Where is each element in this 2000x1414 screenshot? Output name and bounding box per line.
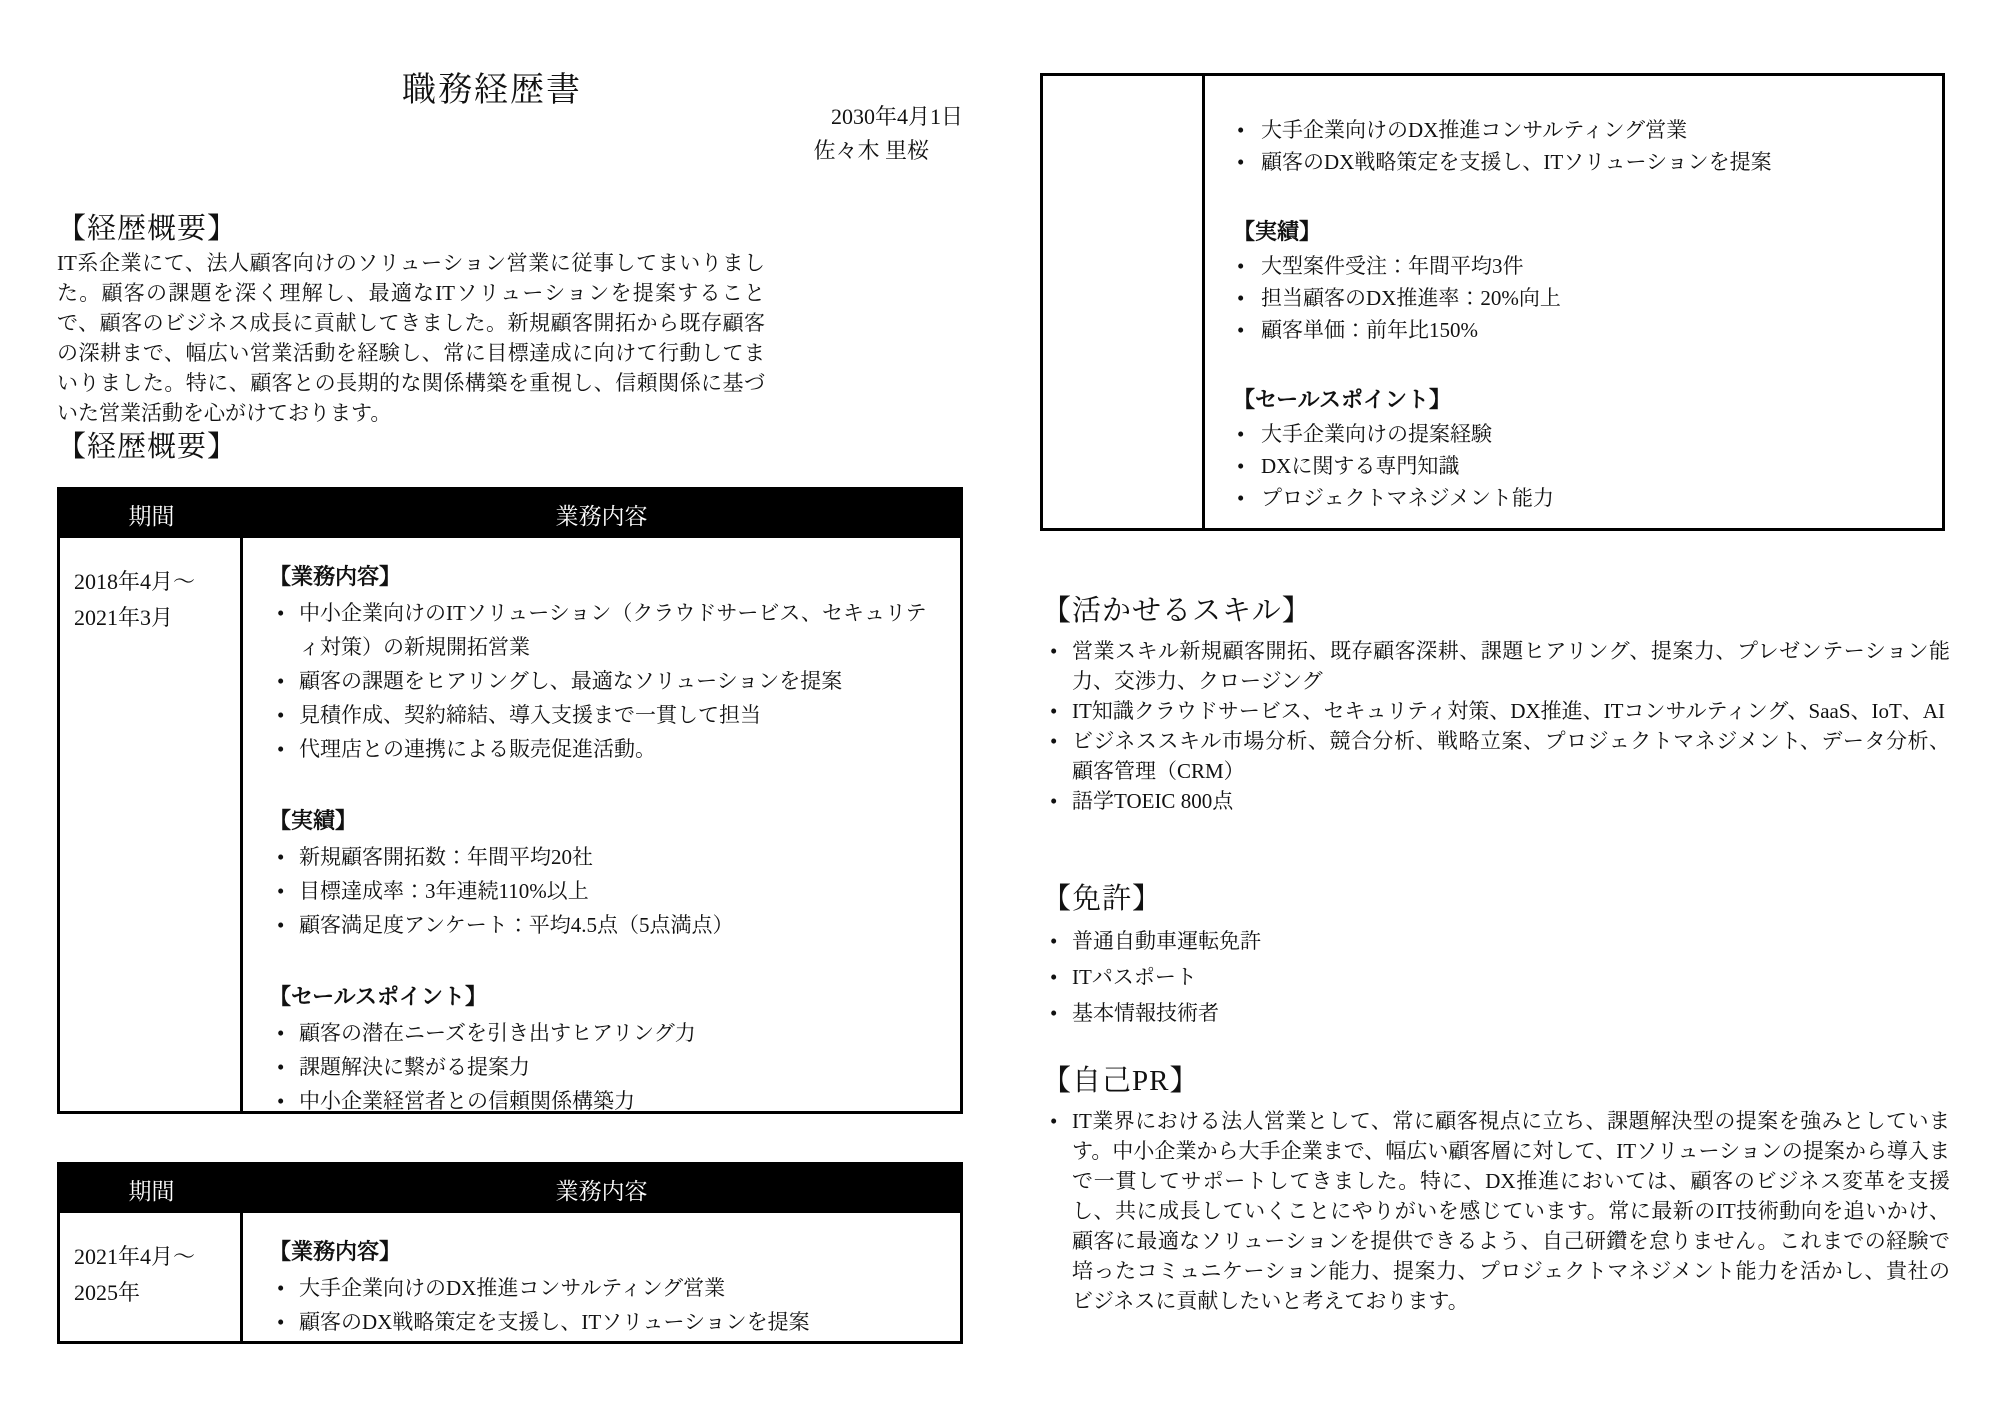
list-item: 大手企業向けの提案経験: [1233, 418, 1914, 450]
list-item: 顧客満足度アンケート：平均4.5点（5点満点）: [269, 908, 936, 942]
list-item: 新規顧客開拓数：年間平均20社: [269, 840, 936, 874]
list-item: 中小企業経営者との信頼関係構築力: [269, 1084, 936, 1111]
history-heading: 【経歴概要】: [57, 424, 237, 465]
period-end: 2021年3月: [74, 600, 232, 636]
cell-section-title: 【セールスポイント】: [269, 980, 936, 1014]
list-item: 普通自動車運転免許: [1042, 926, 1950, 956]
duties-list: 大手企業向けのDX推進コンサルティング営業 顧客のDX戦略策定を支援し、ITソリ…: [1233, 114, 1914, 178]
period-end: 2025年: [74, 1275, 232, 1311]
period-column-header: 期間: [60, 1173, 243, 1206]
content-cell: 【業務内容】 大手企業向けのDX推進コンサルティング営業 顧客のDX戦略策定を支…: [243, 1213, 960, 1341]
document-meta: 2030年4月1日 佐々木 里桜: [500, 100, 963, 168]
list-item: プロジェクトマネジメント能力: [1233, 482, 1914, 514]
period-cell: 2021年4月〜 2025年: [60, 1213, 243, 1341]
list-item: 中小企業向けのITソリューション（クラウドサービス、セキュリティ対策）の新規開拓…: [269, 596, 936, 664]
cell-section-title: 【実績】: [1233, 216, 1914, 248]
list-item: DXに関する専門知識: [1233, 450, 1914, 482]
list-item: 見積作成、契約締結、導入支援まで一貫して担当: [269, 698, 936, 732]
work-history-continuation-table: 大手企業向けのDX推進コンサルティング営業 顧客のDX戦略策定を支援し、ITソリ…: [1040, 73, 1945, 531]
sales-points-list: 大手企業向けの提案経験 DXに関する専門知識 プロジェクトマネジメント能力: [1233, 418, 1914, 514]
list-item: 課題解決に繋がる提案力: [269, 1050, 936, 1084]
pr-heading: 【自己PR】: [1042, 1058, 1199, 1099]
content-column-header: 業務内容: [243, 498, 960, 531]
licenses-list: 普通自動車運転免許 ITパスポート 基本情報技術者: [1042, 926, 1950, 1034]
licenses-heading: 【免許】: [1042, 876, 1162, 917]
content-column-header: 業務内容: [243, 1173, 960, 1206]
cell-section-title: 【実績】: [269, 804, 936, 838]
list-item: 目標達成率：3年連続110%以上: [269, 874, 936, 908]
period-column-header: 期間: [60, 498, 243, 531]
cell-section-title: 【業務内容】: [269, 1235, 936, 1269]
list-item: IT知識クラウドサービス、セキュリティ対策、DX推進、ITコンサルティング、Sa…: [1042, 696, 1950, 726]
list-item: 営業スキル新規顧客開拓、既存顧客深耕、課題ヒアリング、提案力、プレゼンテーション…: [1042, 636, 1950, 696]
list-item: 語学TOEIC 800点: [1042, 786, 1950, 816]
period-cell: 2018年4月〜 2021年3月: [60, 538, 243, 1111]
duties-list: 中小企業向けのITソリューション（クラウドサービス、セキュリティ対策）の新規開拓…: [269, 596, 936, 766]
achievements-list: 新規顧客開拓数：年間平均20社 目標達成率：3年連続110%以上 顧客満足度アン…: [269, 840, 936, 942]
list-item: 大型案件受注：年間平均3件: [1233, 250, 1914, 282]
skills-heading: 【活かせるスキル】: [1042, 588, 1312, 629]
cell-section-title: 【業務内容】: [269, 560, 936, 594]
table-header-row: 期間 業務内容: [60, 490, 960, 538]
pr-list: IT業界における法人営業として、常に顧客視点に立ち、課題解決型の提案を強みとして…: [1042, 1106, 1950, 1316]
work-history-table-2: 期間 業務内容 2021年4月〜 2025年 【業務内容】 大手企業向けのDX推…: [57, 1162, 963, 1344]
period-start: 2021年4月〜: [74, 1239, 232, 1275]
work-history-table-1: 期間 業務内容 2018年4月〜 2021年3月 【業務内容】 中小企業向けのI…: [57, 487, 963, 1114]
list-item: 顧客のDX戦略策定を支援し、ITソリューションを提案: [269, 1305, 936, 1339]
sales-points-list: 顧客の潜在ニーズを引き出すヒアリング力 課題解決に繋がる提案力 中小企業経営者と…: [269, 1016, 936, 1111]
list-item: ITパスポート: [1042, 962, 1950, 992]
list-item: 顧客の潜在ニーズを引き出すヒアリング力: [269, 1016, 936, 1050]
list-item: 顧客単価：前年比150%: [1233, 314, 1914, 346]
table-row: 2021年4月〜 2025年 【業務内容】 大手企業向けのDX推進コンサルティン…: [60, 1213, 960, 1341]
list-item: 代理店との連携による販売促進活動。: [269, 732, 936, 766]
list-item: 顧客の課題をヒアリングし、最適なソリューションを提案: [269, 664, 936, 698]
skills-list: 営業スキル新規顧客開拓、既存顧客深耕、課題ヒアリング、提案力、プレゼンテーション…: [1042, 636, 1950, 816]
summary-heading: 【経歴概要】: [57, 206, 237, 247]
table-row: 2018年4月〜 2021年3月 【業務内容】 中小企業向けのITソリューション…: [60, 538, 960, 1111]
achievements-list: 大型案件受注：年間平均3件 担当顧客のDX推進率：20%向上 顧客単価：前年比1…: [1233, 250, 1914, 346]
period-start: 2018年4月〜: [74, 564, 232, 600]
list-item: 顧客のDX戦略策定を支援し、ITソリューションを提案: [1233, 146, 1914, 178]
table-header-row: 期間 業務内容: [60, 1165, 960, 1213]
document-date: 2030年4月1日: [500, 100, 963, 134]
list-item: 担当顧客のDX推進率：20%向上: [1233, 282, 1914, 314]
list-item: 大手企業向けのDX推進コンサルティング営業: [1233, 114, 1914, 146]
period-cell-empty: [1043, 76, 1205, 528]
list-item: 大手企業向けのDX推進コンサルティング営業: [269, 1271, 936, 1305]
summary-paragraph: IT系企業にて、法人顧客向けのソリューション営業に従事してまいりました。顧客の課…: [57, 248, 765, 428]
duties-list: 大手企業向けのDX推進コンサルティング営業 顧客のDX戦略策定を支援し、ITソリ…: [269, 1271, 936, 1339]
content-cell: 大手企業向けのDX推進コンサルティング営業 顧客のDX戦略策定を支援し、ITソリ…: [1205, 76, 1942, 528]
pr-paragraph: IT業界における法人営業として、常に顧客視点に立ち、課題解決型の提案を強みとして…: [1042, 1106, 1950, 1316]
cell-section-title: 【セールスポイント】: [1233, 384, 1914, 416]
resume-page: 職務経歴書 2030年4月1日 佐々木 里桜 【経歴概要】 IT系企業にて、法人…: [0, 0, 2000, 1414]
list-item: ビジネススキル市場分析、競合分析、戦略立案、プロジェクトマネジメント、データ分析…: [1042, 726, 1950, 786]
list-item: 基本情報技術者: [1042, 998, 1950, 1028]
applicant-name: 佐々木 里桜: [500, 134, 963, 168]
content-cell: 【業務内容】 中小企業向けのITソリューション（クラウドサービス、セキュリティ対…: [243, 538, 960, 1111]
